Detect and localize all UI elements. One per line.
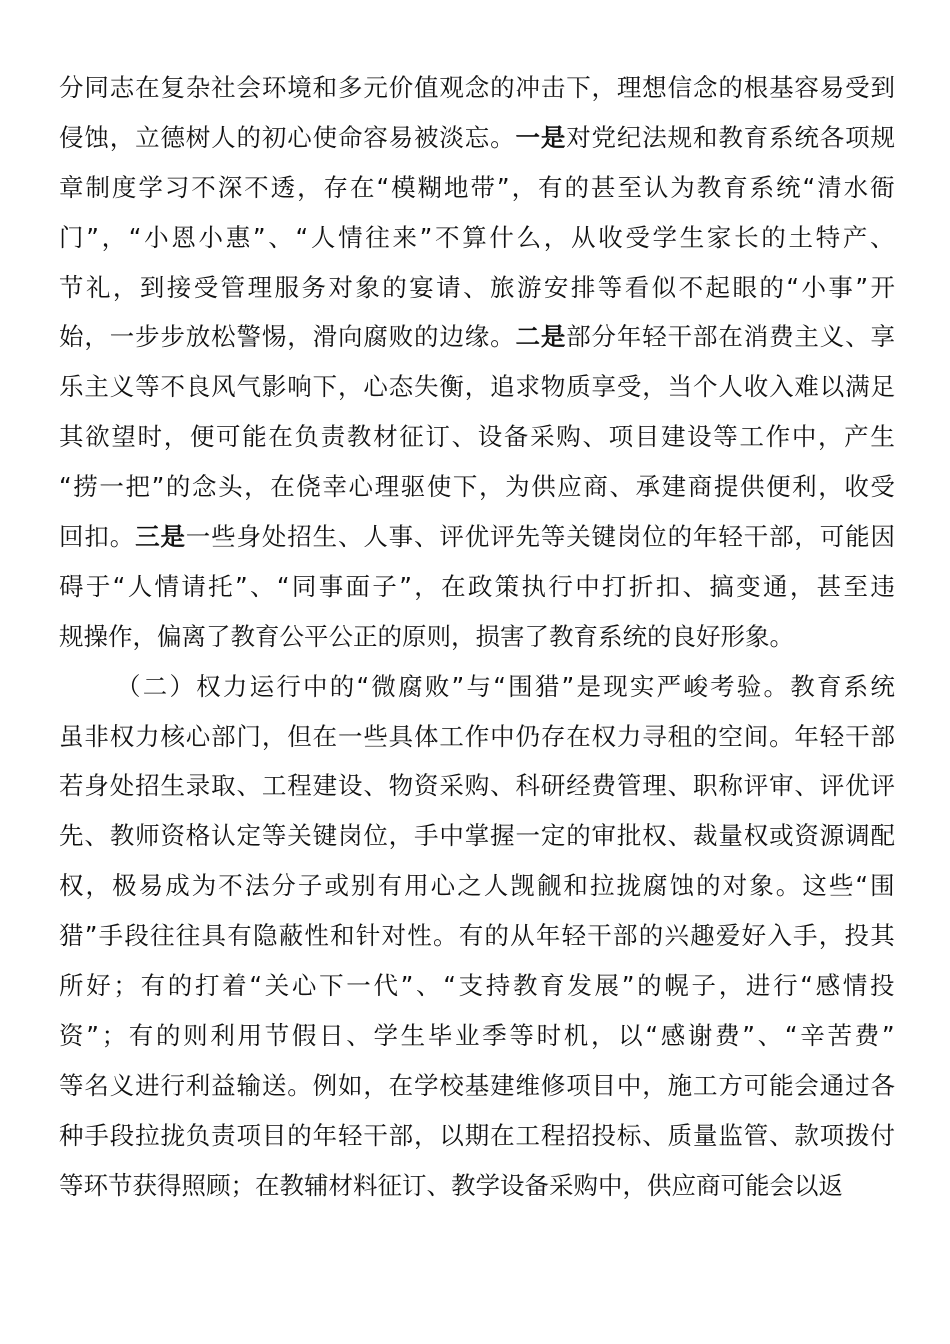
text-char: 持 [486, 961, 511, 1011]
text-char: 费 [769, 312, 794, 362]
text-char: 项 [845, 113, 870, 163]
text-char: 权 [592, 712, 617, 762]
text-char: “ [785, 1011, 798, 1061]
text-char: “ [277, 562, 290, 612]
text-char: 优 [845, 761, 870, 811]
text-char: ” [152, 462, 165, 512]
text-char: ， [642, 1061, 667, 1111]
text-char: 研 [541, 761, 566, 811]
text-char: 育 [744, 113, 769, 163]
text-char: 展 [595, 961, 620, 1011]
text-char: 公 [280, 612, 305, 662]
text-char: 费 [592, 761, 617, 811]
text-char: 败 [425, 662, 450, 712]
text-char: 承 [636, 462, 661, 512]
text-char: 政 [468, 562, 493, 612]
text-char: 。 [110, 512, 135, 562]
text-char: 进 [135, 1061, 160, 1111]
text-char: 作 [465, 712, 490, 762]
text-char: 扣 [656, 562, 681, 612]
text-char: 个 [693, 362, 718, 412]
text-char: 、 [237, 761, 262, 811]
text-char: “ [786, 263, 799, 313]
text-char: 设 [478, 412, 503, 462]
text-line: 乐主义等不良风气影响下，心态失衡，追求物质享受，当个人收入难以满足 [59, 362, 895, 412]
text-char: 甚 [591, 163, 616, 213]
text-char: 体 [414, 712, 439, 762]
text-char: ” [855, 263, 868, 313]
text-char: 分 [592, 312, 617, 362]
text-char: 投 [870, 961, 895, 1011]
text-char: 款 [794, 1111, 819, 1161]
text-char: ” [882, 1011, 895, 1061]
text-char: 的 [484, 911, 509, 961]
text-char: 提 [714, 462, 739, 512]
text-line: 等名义进行利益输送。例如，在学校基建维修项目中，施工方可能会通过各 [59, 1061, 895, 1111]
text-char: 人 [311, 213, 336, 263]
text-char: 打 [195, 961, 220, 1011]
text-char: 有 [459, 911, 484, 961]
text-char: 从 [510, 911, 535, 961]
text-char: 微 [371, 662, 396, 712]
text-char: 但 [287, 712, 312, 762]
text-char: 行 [548, 562, 573, 612]
text-char: ” [235, 562, 248, 612]
text-char: 认 [644, 163, 669, 213]
text-char: 资 [414, 761, 439, 811]
text-char: 至 [843, 562, 868, 612]
text-char: 因 [871, 512, 896, 562]
text-char: 资 [794, 811, 819, 861]
text-char: 杂 [186, 63, 211, 113]
text-char: 资 [160, 811, 185, 861]
text-char: ” [420, 213, 433, 263]
text-char: 订 [425, 412, 450, 462]
text-char: 能 [242, 412, 267, 462]
text-char: 购 [574, 1161, 599, 1211]
text-char: 分 [271, 861, 296, 911]
text-char: 产 [844, 412, 869, 462]
text-char: 和 [330, 911, 355, 961]
text-char: 若 [59, 761, 84, 811]
text-char: 社 [211, 63, 236, 113]
text-char: 节 [59, 263, 84, 313]
text-char: 命 [338, 113, 363, 163]
text-char: 裁 [693, 811, 718, 861]
text-char: “ [493, 662, 506, 712]
text-char: 量 [718, 811, 743, 861]
text-char: “ [803, 163, 816, 213]
text-char: 能 [745, 1161, 770, 1211]
text-char: 侵 [59, 113, 84, 163]
text-char: 、 [490, 761, 515, 811]
text-char: 便 [766, 462, 791, 512]
text-char: 幌 [664, 961, 689, 1011]
text-char: 一 [186, 512, 211, 562]
text-char: 损 [476, 612, 501, 662]
text-char: 。 [770, 612, 795, 662]
text-char: 中 [575, 562, 600, 612]
text-char: 把 [125, 462, 150, 512]
text-char: 元 [363, 63, 388, 113]
text-char: 严 [657, 662, 682, 712]
text-char: 、 [870, 213, 895, 263]
text-char: 苦 [827, 1011, 852, 1061]
text-char: 投 [844, 911, 869, 961]
text-char: 时 [138, 412, 163, 462]
text-char: “ [129, 213, 142, 263]
text-char: 蔽 [279, 911, 304, 961]
text-char: 峻 [683, 662, 708, 712]
text-char: 存 [541, 712, 566, 762]
text-char: 党 [592, 113, 617, 163]
text-char: 门 [59, 213, 84, 263]
text-char: 、 [683, 562, 708, 612]
text-char: “ [376, 163, 389, 213]
text-line: 规操作，偏离了教育公平公正的原则，损害了教育系统的良好形象。 [59, 612, 895, 662]
text-char: 初 [262, 113, 287, 163]
text-char: 职 [693, 761, 718, 811]
text-char: 会 [794, 1061, 819, 1111]
text-char: 如 [338, 1061, 363, 1111]
text-char: 等 [135, 362, 160, 412]
text-char: 偏 [157, 612, 182, 662]
text-char: 轻 [338, 1111, 363, 1161]
text-char: 的 [414, 312, 439, 362]
text-char: 在 [566, 712, 591, 762]
text-char: 对 [328, 263, 353, 313]
text-char: 享 [592, 362, 617, 412]
text-char: 务 [301, 263, 326, 313]
text-char: ” [86, 1011, 99, 1061]
text-char: 材 [373, 412, 398, 462]
text-char: 教 [513, 961, 538, 1011]
text-char: 评 [439, 512, 464, 562]
text-char: 小 [144, 213, 169, 263]
text-char: 的 [237, 113, 262, 163]
text-char: 仍 [515, 712, 540, 762]
text-char: 通 [820, 1061, 845, 1111]
text-char: 审 [592, 811, 617, 861]
text-line: （二）权力运行中的“微腐败”与“围猎”是现实严峻考验。教育系统 [59, 662, 895, 712]
text-char: 请 [436, 263, 461, 313]
text-char: 业 [455, 1011, 480, 1061]
text-char: 调 [845, 811, 870, 861]
text-char: 不 [244, 163, 269, 213]
text-char: ， [794, 512, 819, 562]
text-char: ， [642, 362, 667, 412]
text-char: 、 [642, 1111, 667, 1161]
text-char: 和 [563, 861, 588, 911]
text-char: 态 [389, 362, 414, 412]
text-char: 在 [268, 412, 293, 462]
text-char: 的 [696, 861, 721, 911]
text-char: 滑 [313, 312, 338, 362]
text-char: 假 [292, 1011, 317, 1061]
text-char: 师 [135, 811, 160, 861]
text-char: 、 [582, 412, 607, 462]
text-char: 中 [490, 712, 515, 762]
text-char: 租 [668, 712, 693, 762]
text-char: 环 [84, 1161, 109, 1211]
text-char: 责 [321, 412, 346, 462]
text-char: 宴 [409, 263, 434, 313]
text-char: 在 [389, 1061, 414, 1111]
text-char: 义 [110, 1061, 135, 1111]
text-char: 谢 [688, 1011, 713, 1061]
text-char: 进 [746, 961, 771, 1011]
text-char: 学 [476, 1161, 501, 1211]
text-char: ， [479, 462, 504, 512]
text-char: 甚 [817, 562, 842, 612]
text-char: ， [164, 412, 189, 462]
text-char: 法 [245, 861, 270, 911]
text-line: 若身处招生录取、工程建设、物资采购、科研经费管理、职称评审、评优评 [59, 761, 895, 811]
text-char: 人 [363, 512, 388, 562]
text-char: 长 [734, 213, 759, 263]
text-char: 干 [668, 312, 693, 362]
text-char: 购 [465, 761, 490, 811]
text-char: 情 [155, 562, 180, 612]
text-char: 价 [389, 63, 414, 113]
text-char: ” [253, 213, 266, 263]
text-char: ” [401, 961, 414, 1011]
text-char: 建 [662, 462, 687, 512]
text-char: 料 [353, 1161, 378, 1211]
document-page: 分同志在复杂社会环境和多元价值观念的冲击下，理想信念的根基容易受到侵蚀，立德树人… [59, 63, 895, 1210]
text-char: 学 [653, 213, 678, 263]
text-char: 位 [642, 512, 667, 562]
text-char: 击 [541, 63, 566, 113]
text-char: 、 [769, 1111, 794, 1161]
text-char: 等 [59, 1061, 84, 1111]
text-char: 所 [59, 961, 84, 1011]
text-char: ， [84, 312, 109, 362]
text-char: 验 [737, 662, 762, 712]
text-char: 易 [820, 63, 845, 113]
text-char: 往 [150, 911, 175, 961]
text-char: 理 [375, 462, 400, 512]
text-char: 录 [186, 761, 211, 811]
text-char: “ [295, 213, 308, 263]
text-char: 门 [237, 712, 262, 762]
text-char: 有 [227, 911, 252, 961]
text-char: 项 [566, 1061, 591, 1111]
text-char: 毕 [428, 1011, 453, 1061]
text-char: 源 [820, 811, 845, 861]
text-char: 正 [353, 612, 378, 662]
text-char: 利 [210, 1011, 235, 1061]
text-char: 不 [218, 861, 243, 911]
text-char: 教 [110, 811, 135, 861]
text-char: 、 [794, 761, 819, 811]
text-char: 情 [843, 961, 868, 1011]
text-char: 、 [338, 512, 363, 562]
text-char: 二 [143, 662, 168, 712]
text-char: 值 [414, 63, 439, 113]
text-char: ， [414, 562, 439, 612]
text-char: 过 [845, 1061, 870, 1111]
text-char: 照 [182, 1161, 207, 1211]
text-char: 可 [216, 412, 241, 462]
text-char: 享 [871, 312, 896, 362]
text-char: ， [790, 562, 815, 612]
text-char: 章 [59, 163, 84, 213]
text-char: 掌 [465, 811, 490, 861]
text-char: 目 [635, 412, 660, 462]
text-char: 身 [84, 761, 109, 811]
text-char: 目 [262, 1111, 287, 1161]
text-char: 人 [211, 113, 236, 163]
text-char: 容 [363, 113, 388, 163]
text-char: ” [399, 562, 412, 612]
text-char: 用 [404, 861, 429, 911]
text-char: 捞 [73, 462, 98, 512]
text-char: 会 [237, 63, 262, 113]
text-char: 折 [629, 562, 654, 612]
text-char: ； [231, 1161, 256, 1211]
text-char: 处 [110, 761, 135, 811]
text-char: 德 [160, 113, 185, 163]
text-char: 年 [693, 512, 718, 562]
text-char: 平 [304, 612, 329, 662]
text-char: 志 [110, 63, 135, 113]
text-char: 爱 [716, 911, 741, 961]
text-char: 水 [844, 163, 869, 213]
text-char: 碍 [59, 562, 84, 612]
text-char: 干 [587, 911, 612, 961]
text-char: 松 [211, 312, 236, 362]
text-char: 不 [191, 163, 216, 213]
text-char: 以 [794, 1161, 819, 1211]
text-char: 了 [206, 612, 231, 662]
text-char: 评 [490, 512, 515, 562]
text-char: 的 [490, 63, 515, 113]
text-char: 清 [817, 163, 842, 213]
text-char: 修 [541, 1061, 566, 1111]
text-char: 应 [557, 462, 582, 512]
text-char: 权 [744, 811, 769, 861]
text-char: 的 [637, 961, 662, 1011]
text-char: 权 [59, 861, 84, 911]
text-char: 一 [338, 712, 363, 762]
text-char: 搞 [709, 562, 734, 612]
text-char: 警 [237, 312, 262, 362]
text-char: 一 [99, 462, 124, 512]
text-line: “捞一把”的念头，在侥幸心理驱使下，为供应商、承建商提供便利，收受 [59, 462, 895, 512]
text-char: 衙 [870, 163, 895, 213]
text-char: 可 [820, 512, 845, 562]
text-char: ， [544, 213, 569, 263]
text-char: 中 [598, 1161, 623, 1211]
text-char: ” [742, 1011, 755, 1061]
text-char: 位 [363, 811, 388, 861]
text-char: 部 [566, 312, 591, 362]
text-char: 对 [382, 911, 407, 961]
text-char: 权 [110, 712, 135, 762]
text-char: ” [497, 163, 510, 213]
text-char: 有 [141, 961, 166, 1011]
bold-lead-text: 三 [135, 512, 160, 562]
text-char: 、 [668, 811, 693, 861]
text-char: 子 [692, 961, 717, 1011]
text-char: 腐 [643, 861, 668, 911]
text-char: 部 [211, 712, 236, 762]
text-char: 种 [59, 1111, 84, 1161]
text-char: 监 [718, 1111, 743, 1161]
text-char: 质 [566, 362, 591, 412]
text-char: 来 [392, 213, 417, 263]
text-char: 生 [160, 761, 185, 811]
text-char: ， [512, 163, 537, 213]
text-char: 收 [844, 462, 869, 512]
text-char: ； [113, 961, 138, 1011]
text-char: 趣 [690, 911, 715, 961]
text-char: 边 [439, 312, 464, 362]
text-char: 季 [482, 1011, 507, 1061]
text-char: 象 [355, 263, 380, 313]
text-char: 行 [276, 662, 301, 712]
text-char: 感 [816, 961, 841, 1011]
text-char: 实 [630, 662, 655, 712]
text-char: 统 [623, 612, 648, 662]
text-char: 糊 [418, 163, 443, 213]
text-char: 系 [844, 662, 869, 712]
text-char: 现 [603, 662, 628, 712]
text-char: ” [86, 213, 99, 263]
text-char: 在 [441, 562, 466, 612]
text-char: 投 [592, 1111, 617, 1161]
text-char: 礼 [86, 263, 111, 313]
text-char: 输 [237, 1061, 262, 1111]
text-char: 回 [59, 512, 84, 562]
text-char: 运 [250, 662, 275, 712]
text-char: 拢 [160, 1111, 185, 1161]
text-char: 恩 [171, 213, 196, 263]
text-char: 淡 [439, 113, 464, 163]
text-char: 一 [515, 811, 540, 861]
text-char: 极 [112, 861, 137, 911]
text-char: 部 [613, 911, 638, 961]
text-char: 人 [484, 861, 509, 911]
text-char: 键 [313, 811, 338, 861]
text-char: 主 [84, 362, 109, 412]
text-char: 事 [319, 562, 344, 612]
text-char: 期 [465, 1111, 490, 1161]
bold-lead-text: 是 [541, 113, 566, 163]
text-char: 行 [773, 961, 798, 1011]
text-char: 、 [758, 1011, 783, 1061]
text-char: 配 [871, 811, 896, 861]
text-char: 学 [138, 163, 163, 213]
text-char: 受 [870, 462, 895, 512]
bold-lead-text: 是 [541, 312, 566, 362]
text-char: 部 [389, 1111, 414, 1161]
text-char: 利 [186, 1061, 211, 1111]
text-char: 对 [566, 113, 591, 163]
text-char: 手 [84, 1111, 109, 1161]
text-char: 到 [871, 63, 896, 113]
text-char: 在 [270, 462, 295, 512]
text-char: 环 [262, 63, 287, 113]
text-char: ， [414, 1111, 439, 1161]
text-line: 分同志在复杂社会环境和多元价值观念的冲击下，理想信念的根基容易受到 [59, 63, 895, 113]
text-char: 纪 [617, 113, 642, 163]
text-char: ， [338, 362, 363, 412]
text-char: 管 [617, 761, 642, 811]
text-line: 节礼，到接受管理服务对象的宴请、旅游安排等看似不起眼的“小事”开 [59, 263, 895, 313]
text-char: 辅 [304, 1161, 329, 1211]
